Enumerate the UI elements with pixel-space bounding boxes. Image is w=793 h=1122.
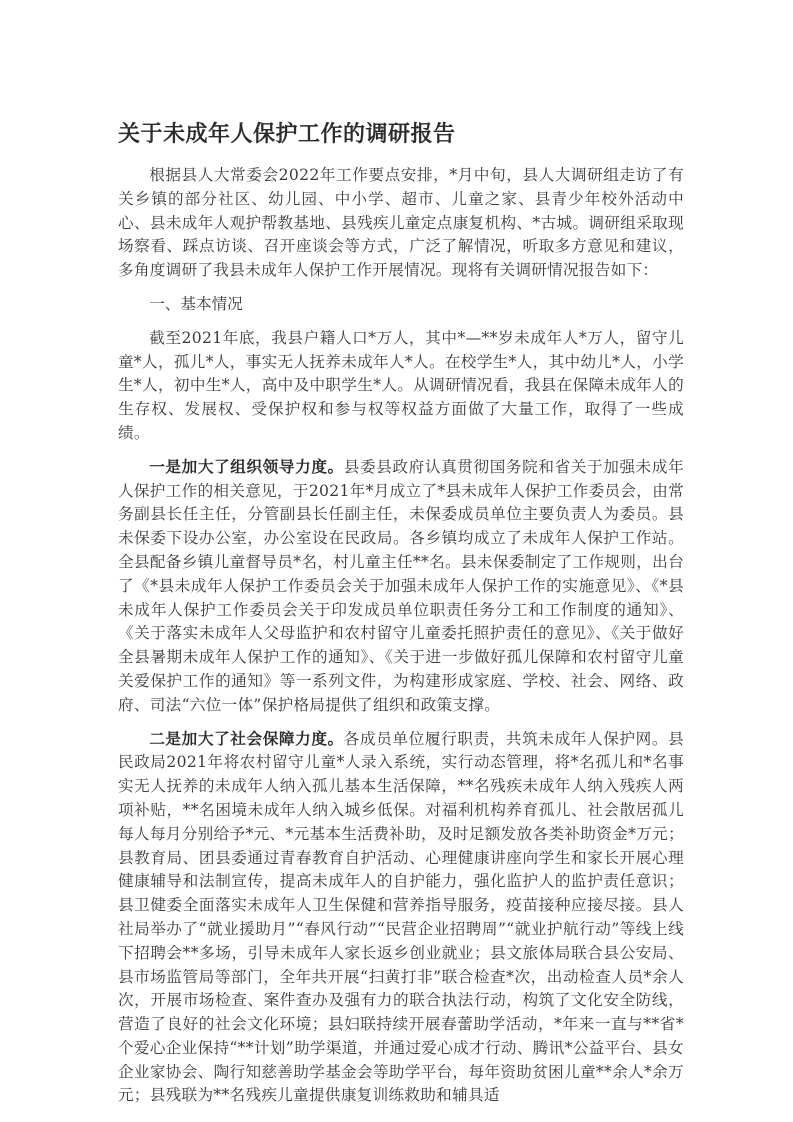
document-page: 关于未成年人保护工作的调研报告 根据县人大常委会2022年工作要点安排，*月中旬… <box>118 118 684 1118</box>
point-2-lead: 二是加大了社会保障力度。 <box>149 730 344 748</box>
document-title: 关于未成年人保护工作的调研报告 <box>118 118 684 152</box>
point-2-body: 各成员单位履行职责，共筑未成年人保护网。县民政局2021年将农村留守儿童*人录入… <box>118 730 684 1105</box>
point-2-paragraph: 二是加大了社会保障力度。各成员单位履行职责，共筑未成年人保护网。县民政局2021… <box>118 728 684 1109</box>
point-1-lead: 一是加大了组织领导力度。 <box>149 458 344 476</box>
section-heading-basic-situation: 一、基本情况 <box>118 293 684 317</box>
point-1-paragraph: 一是加大了组织领导力度。县委县政府认真贯彻国务院和省关于加强未成年人保护工作的相… <box>118 456 684 718</box>
point-1-body: 县委县政府认真贯彻国务院和省关于加强未成年人保护工作的相关意见，于2021年*月… <box>118 458 684 714</box>
intro-paragraph: 根据县人大常委会2022年工作要点安排，*月中旬，县人大调研组走访了有关乡镇的部… <box>118 164 684 283</box>
basic-situation-paragraph: 截至2021年底，我县户籍人口*万人，其中*—**岁未成年人*万人，留守儿童*人… <box>118 327 684 446</box>
